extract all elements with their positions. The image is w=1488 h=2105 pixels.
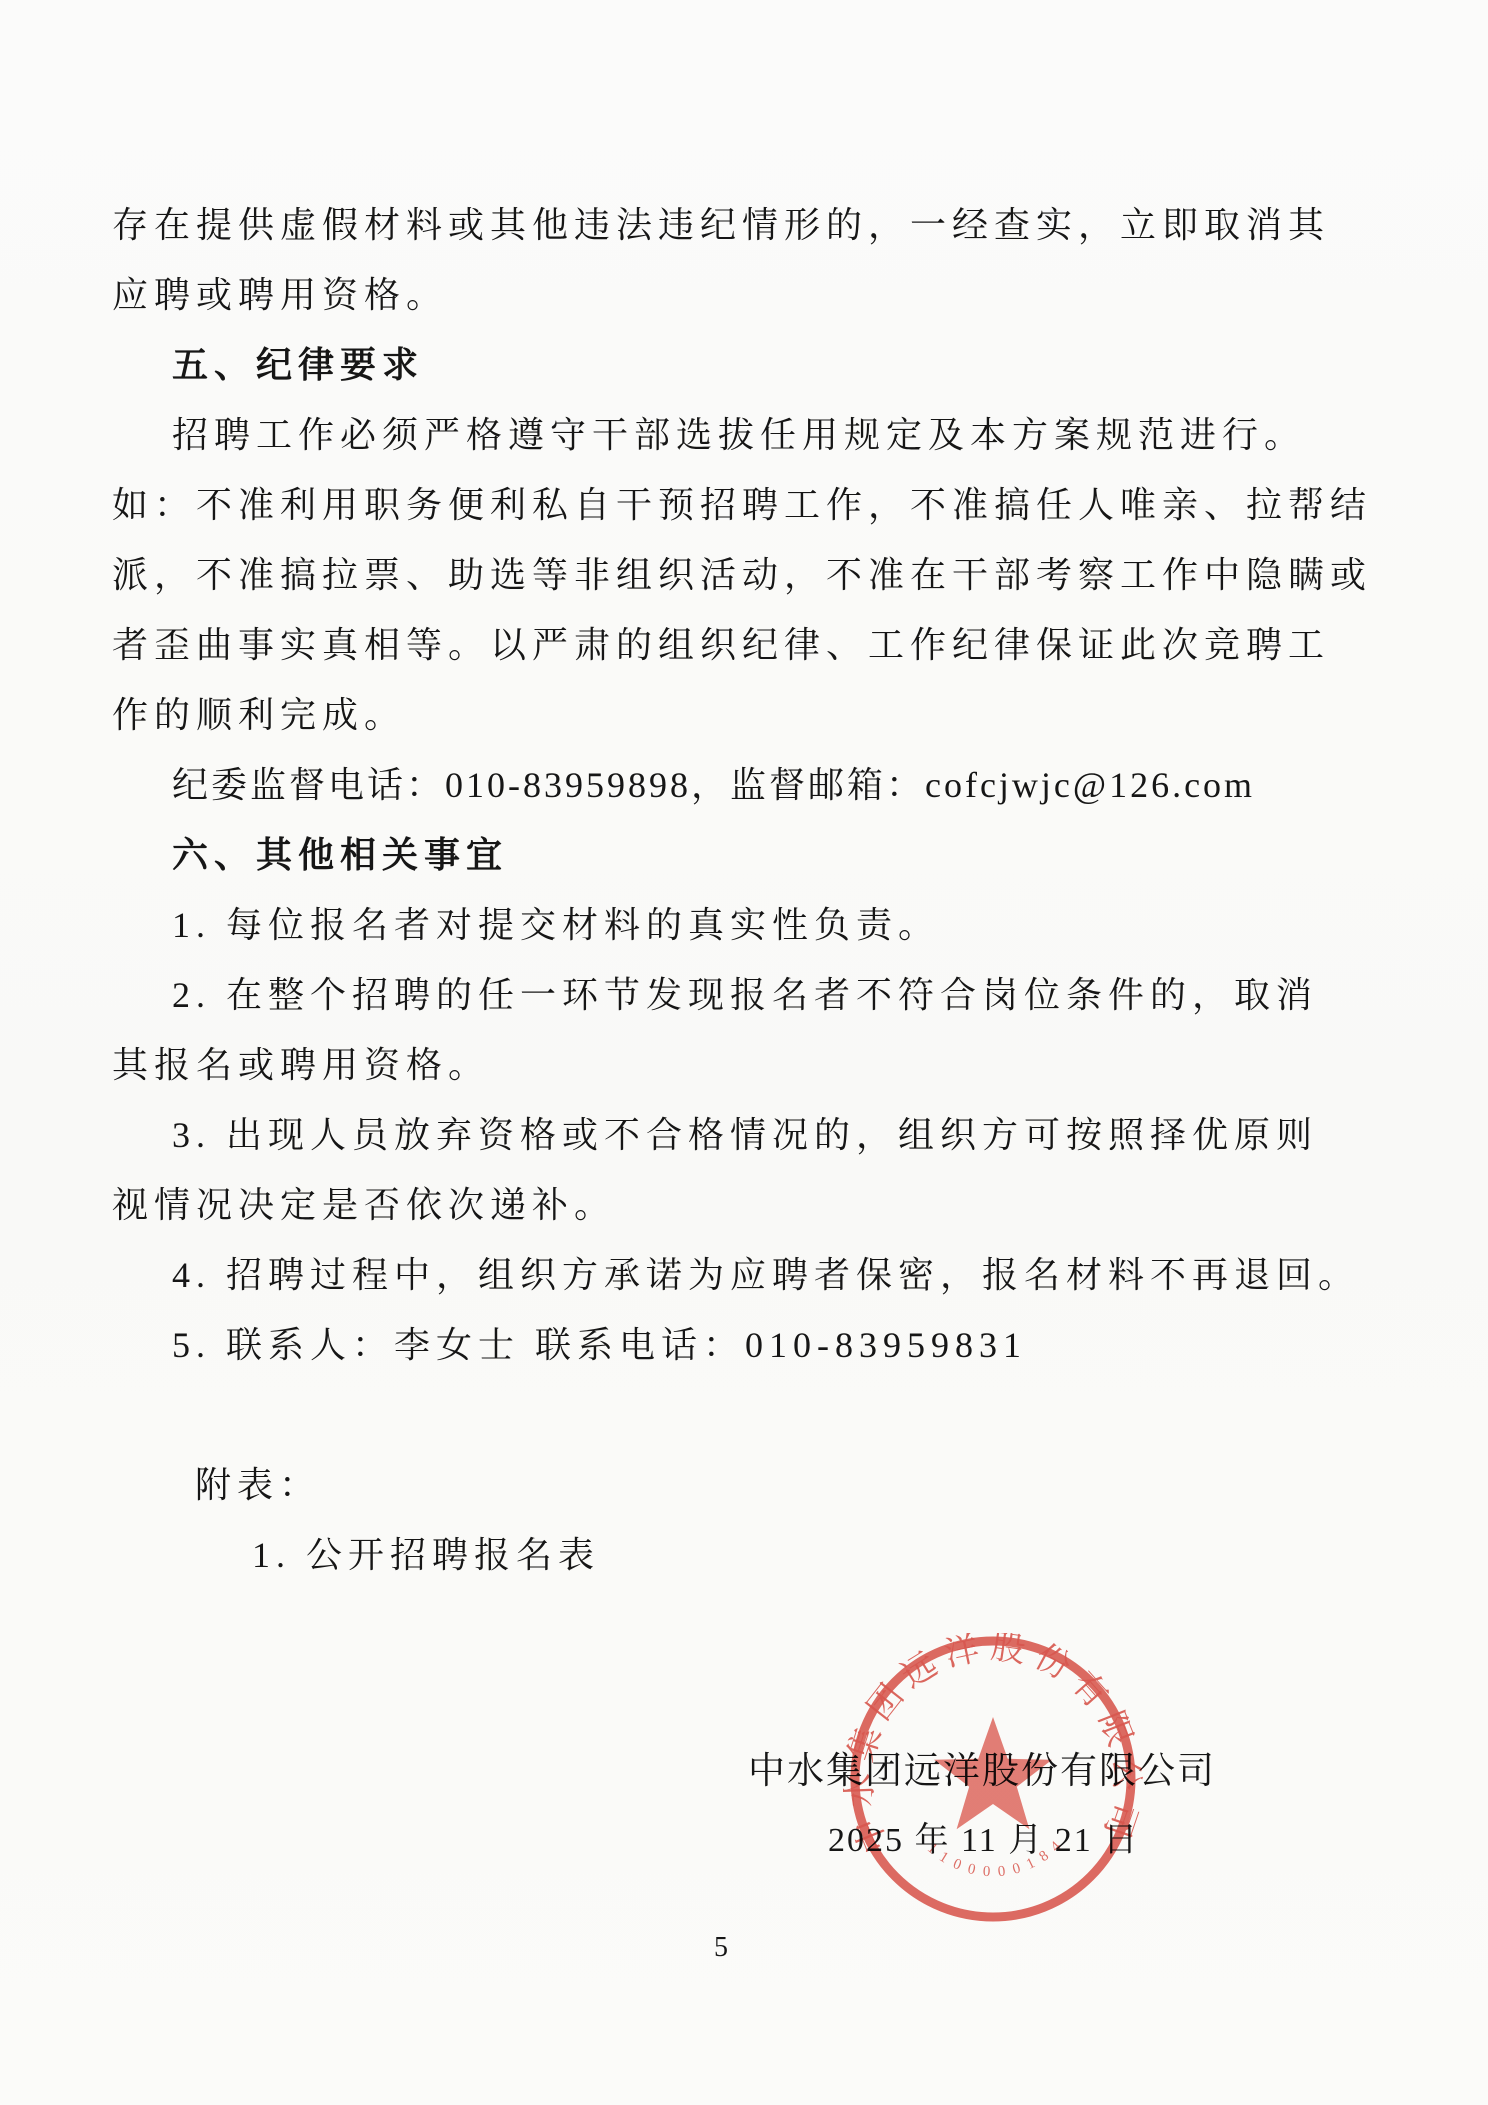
signature-company: 中水集团远洋股份有限公司	[748, 1748, 1216, 1796]
blank-line	[112, 1380, 1392, 1450]
paragraph-line: 作的顺利完成。	[112, 680, 1392, 750]
contact-person-line: 5. 联系人：李女士 联系电话：010-83959831	[112, 1310, 1392, 1380]
attachment-label: 附表：	[112, 1450, 1392, 1520]
paragraph-line: 应聘或聘用资格。	[112, 260, 1392, 330]
list-item: 2. 在整个招聘的任一环节发现报名者不符合岗位条件的，取消	[112, 960, 1392, 1030]
section-heading-6: 六、其他相关事宜	[112, 820, 1392, 890]
list-item: 3. 出现人员放弃资格或不合格情况的，组织方可按照择优原则	[112, 1100, 1392, 1170]
document-page: 存在提供虚假材料或其他违法违纪情形的，一经查实，立即取消其 应聘或聘用资格。 五…	[0, 0, 1488, 2105]
paragraph-line: 存在提供虚假材料或其他违法违纪情形的，一经查实，立即取消其	[112, 190, 1392, 260]
list-item: 1. 每位报名者对提交材料的真实性负责。	[112, 890, 1392, 960]
paragraph-line: 视情况决定是否依次递补。	[112, 1170, 1392, 1240]
paragraph-line: 者歪曲事实真相等。以严肃的组织纪律、工作纪律保证此次竞聘工	[112, 610, 1392, 680]
paragraph-line: 派，不准搞拉票、助选等非组织活动，不准在干部考察工作中隐瞒或	[112, 540, 1392, 610]
paragraph-line: 其报名或聘用资格。	[112, 1030, 1392, 1100]
supervision-contact-line: 纪委监督电话：010-83959898，监督邮箱：cofcjwjc@126.co…	[112, 750, 1392, 820]
list-item: 4. 招聘过程中，组织方承诺为应聘者保密，报名材料不再退回。	[112, 1240, 1392, 1310]
paragraph-line: 招聘工作必须严格遵守干部选拔任用规定及本方案规范进行。	[112, 400, 1392, 470]
page-number: 5	[714, 1932, 728, 1964]
document-body: 存在提供虚假材料或其他违法违纪情形的，一经查实，立即取消其 应聘或聘用资格。 五…	[112, 190, 1392, 1590]
section-heading-5: 五、纪律要求	[112, 330, 1392, 400]
paragraph-line: 如：不准利用职务便利私自干预招聘工作，不准搞任人唯亲、拉帮结	[112, 470, 1392, 540]
attachment-item: 1. 公开招聘报名表	[112, 1520, 1392, 1590]
signature-date: 2025 年 11 月 21 日	[828, 1818, 1139, 1864]
